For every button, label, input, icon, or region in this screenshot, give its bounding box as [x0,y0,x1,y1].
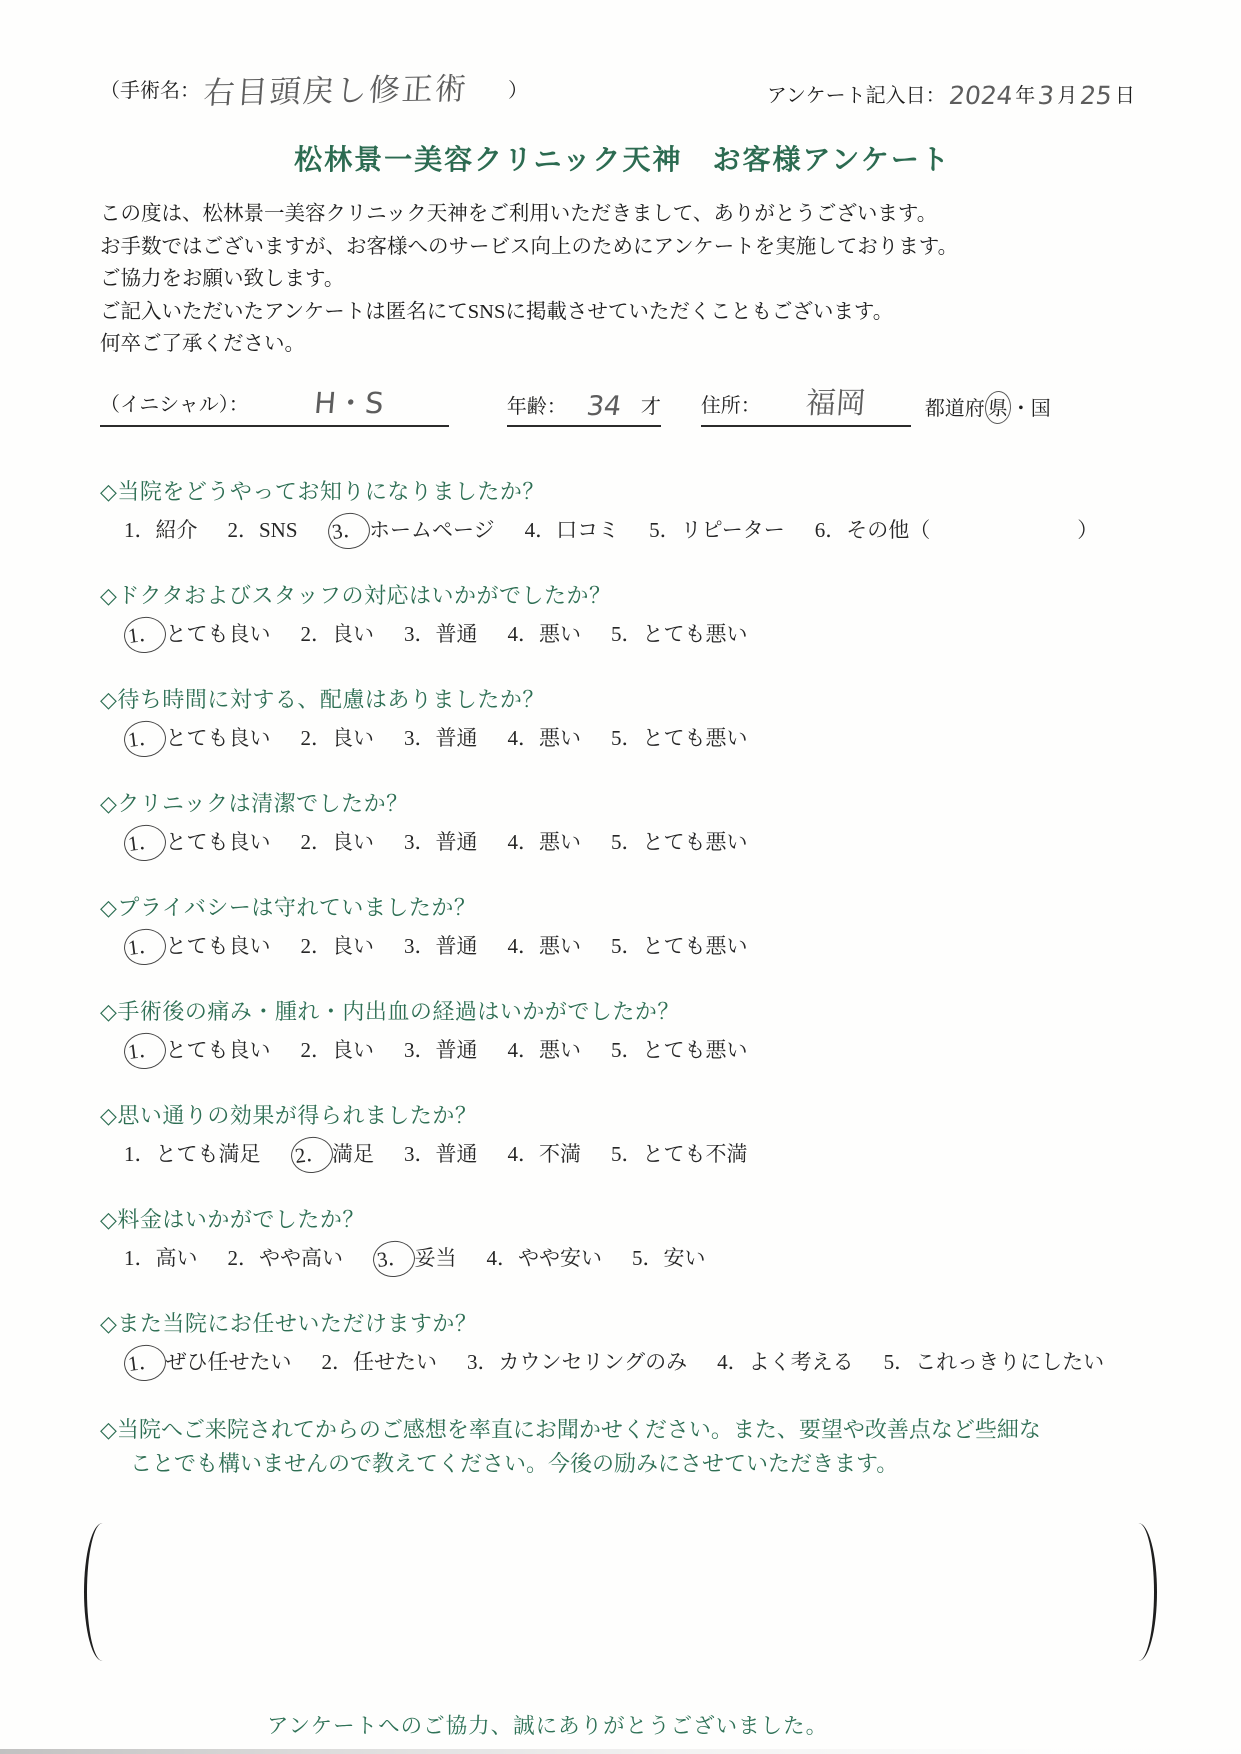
option: 4．悪い [508,934,582,958]
handwritten-circle: 3． [371,1238,417,1279]
option: 1．とても良い [124,622,271,646]
question: ◇待ち時間に対する、配慮はありましたか？1．とても良い2．良い3．普通4．悪い5… [100,685,1145,757]
option: 4．悪い [508,726,582,750]
option: 1．とても良い [124,830,271,854]
question-heading: ◇当院をどうやってお知りになりましたか？ [100,477,1145,507]
survey-date-field: アンケート記入日：2024年3月25日 [767,79,1145,110]
handwritten-circle: 1． [122,718,168,759]
option: 5．とても悪い [611,830,748,854]
initials-field: （イニシャル）：H・S [100,381,449,427]
question-heading: ◇料金はいかがでしたか？ [100,1205,1145,1235]
age-label: 年齢： [507,396,567,418]
survey-page: （手術名：右目頭戻し修正術） アンケート記入日：2024年3月25日 松林景一美… [0,0,1241,1754]
month-suffix: 月 [1057,85,1077,107]
page-title: 松林景一美容クリニック天神 お客様アンケート [100,138,1145,178]
option: 5．リピーター [649,518,785,542]
option: 4．悪い [508,622,582,646]
option: 4．悪い [508,830,582,854]
option: 4．不満 [508,1142,582,1166]
address-field: 住所：福岡 [701,378,911,427]
question-heading: ◇また当院にお任せいただけますか？ [100,1309,1145,1339]
option: 4．やや安い [487,1246,603,1270]
thanks-message: アンケートへのご協力、誠にありがとうございました。 [100,1709,995,1740]
question-options: 1．とても良い2．良い3．普通4．悪い5．とても悪い [124,825,1145,861]
option: 5．とても悪い [611,1038,748,1062]
age-handwritten: 34 [565,391,643,422]
surgery-name-close-paren: ） [508,80,528,102]
scan-edge-artifact [0,1749,1241,1754]
handwritten-circle-prefecture: 県 [984,390,1012,425]
initials-handwritten: H・S [247,381,451,422]
initials-label: （イニシャル）： [100,394,249,416]
option: 1．とても満足 [124,1142,261,1166]
option: 3．普通 [404,830,478,854]
survey-date-label: アンケート記入日： [767,85,946,107]
date-year-handwritten: 2024 [947,81,1014,110]
handwritten-circle: 1． [122,926,168,967]
option: 1．高い [124,1246,198,1270]
question: ◇当院をどうやってお知りになりましたか？1．紹介2．SNS3．ホームページ4．口… [100,477,1145,549]
question-options: 1．とても良い2．良い3．普通4．悪い5．とても悪い [124,1033,1145,1069]
option: 4．よく考える [717,1350,854,1374]
question: ◇料金はいかがでしたか？1．高い2．やや高い3．妥当4．やや安い5．安い [100,1205,1145,1277]
top-line: （手術名：右目頭戻し修正術） アンケート記入日：2024年3月25日 [100,58,1145,110]
question: ◇ドクタおよびスタッフの対応はいかがでしたか？1．とても良い2．良い3．普通4．… [100,581,1145,653]
option: 2．やや高い [228,1246,344,1270]
question-options: 1．紹介2．SNS3．ホームページ4．口コミ5．リピーター6．その他（ ） [124,513,1145,549]
question-heading: ◇手術後の痛み・腫れ・内出血の経過はいかがでしたか？ [100,997,1145,1027]
intro-line: ご協力をお願い致します。 [100,263,1145,296]
option: 1．とても良い [124,726,271,750]
feedback-prompt-line: ◇当院へご来院されてからのご感想を率直にお聞かせください。また、要望や改善点など… [100,1413,1145,1447]
option: 4．口コミ [525,518,620,542]
question-heading: ◇プライバシーは守れていましたか？ [100,893,1145,923]
age-suffix: 才 [641,396,661,418]
option: 2．良い [301,1038,375,1062]
option: 3．普通 [404,1142,478,1166]
question-options: 1．とても良い2．良い3．普通4．悪い5．とても悪い [124,617,1145,653]
question: ◇思い通りの効果が得られましたか？1．とても満足2．満足3．普通4．不満5．とて… [100,1101,1145,1173]
year-suffix: 年 [1015,85,1035,107]
option: 1．ぜひ任せたい [124,1350,292,1374]
profile-row: （イニシャル）：H・S 年齢：34才 住所：福岡 都道府県・国 [100,375,1145,427]
option: 3．普通 [404,934,478,958]
option: 5．これっきりにしたい [884,1350,1105,1374]
intro-line: ご記入いただいたアンケートは匿名にてSNSに掲載させていただくこともございます。 [100,296,1145,329]
day-suffix: 日 [1115,85,1135,107]
question: ◇プライバシーは守れていましたか？1．とても良い2．良い3．普通4．悪い5．とて… [100,893,1145,965]
comment-bracket-left [84,1523,121,1661]
intro-paragraph: この度は、松林景一美容クリニック天神をご利用いただきまして、ありがとうございます… [100,198,1145,361]
option: 1．とても良い [124,1038,271,1062]
date-day-handwritten: 25 [1078,81,1113,110]
handwritten-circle: 3． [325,510,371,551]
question-options: 1．とても満足2．満足3．普通4．不満5．とても不満 [124,1137,1145,1173]
option: 3．普通 [404,726,478,750]
region-type: 都道府県・国 [925,391,1051,427]
question-heading: ◇思い通りの効果が得られましたか？ [100,1101,1145,1131]
question-options: 1．とても良い2．良い3．普通4．悪い5．とても悪い [124,721,1145,757]
address-label: 住所： [701,395,761,417]
address-handwritten: 福岡 [759,378,912,422]
handwritten-circle: 1． [122,614,168,655]
question-options: 1．ぜひ任せたい2．任せたい3．カウンセリングのみ4．よく考える5．これっきりに… [124,1345,1145,1381]
option: 3．普通 [404,622,478,646]
surgery-name-label: （手術名： [100,80,200,102]
option: 3．ホームページ [328,518,495,542]
region-prefix: 都道府 [925,398,985,420]
option: 3．妥当 [373,1246,457,1270]
option: 2．SNS [228,518,298,542]
feedback-prompt: ◇当院へご来院されてからのご感想を率直にお聞かせください。また、要望や改善点など… [100,1413,1145,1481]
option: 5．とても悪い [611,934,748,958]
question-options: 1．とても良い2．良い3．普通4．悪い5．とても悪い [124,929,1145,965]
questions-list: ◇当院をどうやってお知りになりましたか？1．紹介2．SNS3．ホームページ4．口… [100,477,1145,1381]
option: 6．その他（ ） [815,518,1099,542]
question-heading: ◇ドクタおよびスタッフの対応はいかがでしたか？ [100,581,1145,611]
surgery-name-field: （手術名：右目頭戻し修正術） [100,65,528,110]
option: 5．とても悪い [611,622,748,646]
intro-line: お手数ではございますが、お客様へのサービス向上のためにアンケートを実施しておりま… [100,231,1145,264]
age-field: 年齢：34才 [507,390,661,427]
option: 3．普通 [404,1038,478,1062]
option: 2．良い [301,622,375,646]
intro-line: この度は、松林景一美容クリニック天神をご利用いただきまして、ありがとうございます… [100,198,1145,231]
option: 2．任せたい [322,1350,438,1374]
option: 2．良い [301,726,375,750]
question: ◇また当院にお任せいただけますか？1．ぜひ任せたい2．任せたい3．カウンセリング… [100,1309,1145,1381]
option: 2．良い [301,934,375,958]
option: 1．とても良い [124,934,271,958]
option: 5．とても悪い [611,726,748,750]
question: ◇手術後の痛み・腫れ・内出血の経過はいかがでしたか？1．とても良い2．良い3．普… [100,997,1145,1069]
option: 3．カウンセリングのみ [467,1350,687,1374]
handwritten-circle: 1． [122,1342,168,1383]
handwritten-circle: 1． [122,822,168,863]
comment-bracket-right [1120,1523,1157,1661]
region-suffix: ・国 [1011,398,1051,420]
option: 5．安い [632,1246,706,1270]
option: 1．紹介 [124,518,198,542]
option: 4．悪い [508,1038,582,1062]
option: 2．良い [301,830,375,854]
question-heading: ◇クリニックは清潔でしたか？ [100,789,1145,819]
question-options: 1．高い2．やや高い3．妥当4．やや安い5．安い [124,1241,1145,1277]
feedback-prompt-line: ことでも構いませんので教えてください。今後の励みにさせていただきます。 [100,1447,1145,1481]
question-heading: ◇待ち時間に対する、配慮はありましたか？ [100,685,1145,715]
date-month-handwritten: 3 [1037,81,1056,110]
option: 5．とても不満 [611,1142,748,1166]
surgery-name-handwritten: 右目頭戻し修正術 [202,62,506,112]
comment-area [100,1523,1145,1663]
intro-line: 何卒ご了承ください。 [100,328,1145,361]
option: 2．満足 [291,1142,375,1166]
handwritten-circle: 1． [122,1030,168,1071]
handwritten-circle: 2． [288,1134,334,1175]
question: ◇クリニックは清潔でしたか？1．とても良い2．良い3．普通4．悪い5．とても悪い [100,789,1145,861]
